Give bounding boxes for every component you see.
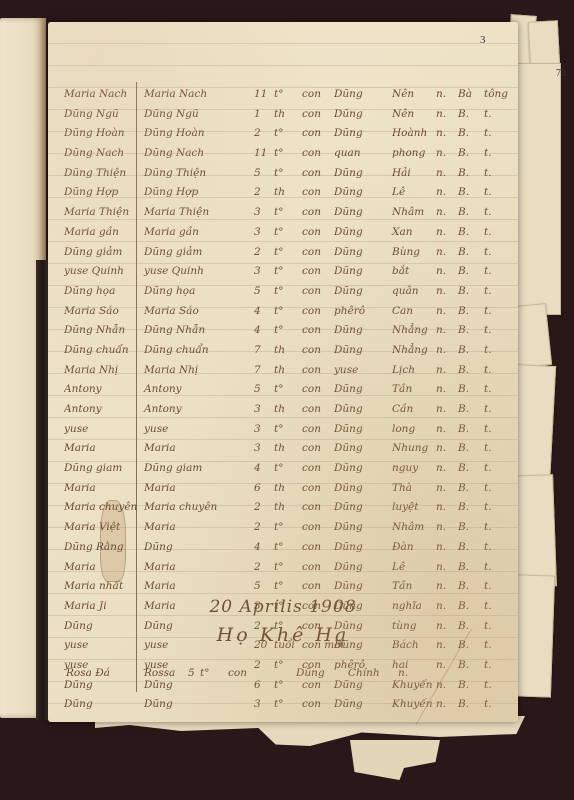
entry-relation: con [302, 383, 321, 395]
entry-parent-title: Dũng [334, 521, 363, 533]
margin-name: Dũng giam [64, 462, 150, 474]
entry-parent-title: Dũng [334, 580, 363, 592]
entry-relation: con [302, 324, 321, 336]
entry-parent-name: Nhâm [392, 521, 424, 533]
entry-parent-title: Dũng [334, 501, 363, 513]
entry-parent-name: Lê [392, 186, 405, 198]
ledger-row: Maria NhịMaria Nhị7thconyuseLịchn.B.t. [64, 362, 514, 382]
entry-age: 3 [254, 423, 261, 435]
torn-page-flap [350, 740, 440, 780]
ledger-row: yuseyuse3t°conDũnglongn.B.t. [64, 421, 514, 441]
entry-relation: con [302, 561, 321, 573]
ledger-row: Maria nhấtMaria5t°conDũngTầnn.B.t. [64, 578, 514, 598]
entry-baptized: B. [458, 147, 469, 159]
entry-status: t. [484, 561, 492, 573]
entry-age: 5 [254, 167, 261, 179]
entry-sex: n. [436, 423, 446, 435]
entry-unit: th [274, 344, 285, 356]
entry-name: Maria [144, 561, 176, 573]
entry-parent-title: Dũng [334, 482, 363, 494]
entry-status: t. [484, 364, 492, 376]
entry-parent-name: quân [392, 285, 419, 297]
entry-parent-title: Dũng [334, 206, 363, 218]
entry-baptized: B. [458, 324, 469, 336]
entry-unit: t° [274, 206, 283, 218]
entry-parent-title: phêrô [334, 305, 365, 317]
entry-sex: n. [436, 88, 446, 100]
entry-baptized: B. [458, 541, 469, 553]
entry-parent-name: Nhẳng [392, 344, 428, 356]
entry-sex: n. [436, 246, 446, 258]
entry-unit: t° [274, 698, 283, 710]
entry-age: 3 [254, 442, 261, 454]
entry-parent-title: Dũng [334, 186, 363, 198]
entry-baptized: B. [458, 305, 469, 317]
facing-page-number: 73 [556, 68, 566, 79]
entry-baptized: B. [458, 403, 469, 415]
entry-parent-name: phong [392, 147, 425, 159]
entry-parent-name: Lê [392, 561, 405, 573]
ledger-row: Maria ViệtMaria2t°conDũngNhâmn.B.t. [64, 519, 514, 539]
entry-name: Maria gần [144, 226, 199, 238]
entry-parent-name: Can [392, 305, 413, 317]
entry-status: t. [484, 206, 492, 218]
entry-parent-title: Dũng [334, 462, 363, 474]
entry-baptized: B. [458, 127, 469, 139]
entry-baptized: B. [458, 265, 469, 277]
entry-name: Dũng chuẩn [144, 344, 209, 356]
entry-parent-title: Dũng [334, 561, 363, 573]
entry-baptized: B. [458, 423, 469, 435]
entry-status: t. [484, 265, 492, 277]
entry-name: Maria Nach [144, 88, 207, 100]
entry-name: Maria [144, 521, 176, 533]
entry-name: Maria Sáo [144, 305, 199, 317]
entry-name: Maria [144, 442, 176, 454]
entry-baptized: B. [458, 206, 469, 218]
entry-status: t. [484, 147, 492, 159]
entry-age: 2 [254, 246, 261, 258]
entry-parent-title: Dũng [334, 698, 363, 710]
entry-parent-name: Nhung [392, 442, 428, 454]
entry-name: Dũng Nach [144, 147, 204, 159]
entry-status: t. [484, 698, 492, 710]
entry-status: t. [484, 462, 492, 474]
entry-name: Rossa [144, 667, 175, 679]
entry-date: 20 Aprilis 1908 [48, 597, 518, 617]
margin-name: yuse Quinh [64, 265, 150, 277]
entry-baptized: B. [458, 462, 469, 474]
entry-status: t. [484, 423, 492, 435]
entry-parent-name: Thà [392, 482, 412, 494]
entry-age: 3 [254, 265, 261, 277]
entry-parent-name: Chính [348, 667, 380, 679]
entry-sex: n. [436, 344, 446, 356]
entry-baptized: B. [458, 383, 469, 395]
entry-parent-title: Dũng [334, 167, 363, 179]
ledger-row: Maria NachMaria Nach11t°conDũngNênn.Bàtô… [64, 86, 514, 106]
entry-parent-name: Nhâm [392, 206, 424, 218]
entry-sex: n. [436, 521, 446, 533]
entry-unit: t° [274, 521, 283, 533]
entry-sex: n. [436, 403, 446, 415]
entry-parent-title: Dũng [334, 383, 363, 395]
entry-relation: con [302, 127, 321, 139]
margin-name: Dũng chuẩn [64, 344, 150, 356]
entry-status: t. [484, 482, 492, 494]
entry-parent-name: Cần [392, 403, 413, 415]
entry-age: 5 [254, 285, 261, 297]
entry-parent-name: luyệt [392, 501, 419, 513]
margin-name: Maria Nhị [64, 364, 150, 376]
entry-name: yuse [144, 423, 168, 435]
margin-name: Maria nhất [64, 580, 150, 592]
entry-parent-title: Dũng [334, 344, 363, 356]
entry-baptized: B. [458, 285, 469, 297]
entry-parent-title: Dũng [334, 127, 363, 139]
margin-name: Dũng [64, 698, 150, 710]
margin-name: Maria [64, 561, 150, 573]
entry-parent-name: Tần [392, 383, 412, 395]
margin-name: Rosa Đá [66, 667, 110, 679]
entry-age: 2 [254, 127, 261, 139]
entry-parent-title: Dũng [334, 403, 363, 415]
entry-age: 4 [254, 305, 261, 317]
entry-age: 3 [254, 206, 261, 218]
ledger-row: Maria SáoMaria Sáo4t°conphêrôCann.B.t. [64, 303, 514, 323]
entry-relation: con [302, 501, 321, 513]
entry-name: Maria Nhị [144, 364, 198, 376]
margin-name: Maria chuyên [64, 501, 150, 513]
ledger-row: Dũng họaDũng họa5t°conDũngquânn.B.t. [64, 283, 514, 303]
entry-relation: con [302, 423, 321, 435]
entry-parent-name: Khuyến [392, 698, 433, 710]
margin-name: Dũng Nach [64, 147, 150, 159]
entry-baptized: B. [458, 501, 469, 513]
entry-unit: t° [274, 305, 283, 317]
entry-status: t. [484, 167, 492, 179]
entry-parent-name: Lịch [392, 364, 415, 376]
margin-name: Dũng Rằng [64, 541, 150, 553]
margin-name: Maria Nach [64, 88, 150, 100]
entry-status: t. [484, 344, 492, 356]
entry-sex: n. [436, 167, 446, 179]
entry-name: Maria Thiện [144, 206, 209, 218]
entry-sex: n. [436, 147, 446, 159]
entry-relation: con [302, 265, 321, 277]
entry-sex: n. [436, 364, 446, 376]
entry-relation: con [302, 698, 321, 710]
entry-sex: n. [436, 462, 446, 474]
entry-relation: con [302, 226, 321, 238]
entry-name: Dũng giảm [144, 246, 202, 258]
entry-age: 4 [254, 462, 261, 474]
entry-name: Antony [144, 383, 182, 395]
entry-parent-title: Dũng [334, 265, 363, 277]
entry-baptized: B. [458, 482, 469, 494]
ledger-row: Dũng NgũDũng Ngũ1thconDũngNênn.B.t. [64, 106, 514, 126]
margin-name: Maria Việt [64, 521, 150, 533]
entry-parent-name: Xan [392, 226, 413, 238]
entry-name: Dũng họa [144, 285, 195, 297]
entry-name: Dũng [144, 698, 173, 710]
entry-baptized: B. [458, 167, 469, 179]
entry-unit: t° [274, 127, 283, 139]
entry-parent-title: Dũng [334, 285, 363, 297]
entry-baptized: B. [458, 108, 469, 120]
entry-parent-title: Dũng [296, 667, 325, 679]
ledger-row: MariaMaria3thconDũngNhungn.B.t. [64, 440, 514, 460]
entry-parent-name: bắt [392, 265, 409, 277]
entry-status: t. [484, 324, 492, 336]
entry-age: 5 [254, 580, 261, 592]
margin-name: Dũng Nhẫn [64, 324, 150, 336]
entry-name: Maria chuyên [144, 501, 217, 513]
entry-unit: t° [200, 667, 209, 679]
entry-status: t. [484, 541, 492, 553]
entry-parent-name: Nhẳng [392, 324, 428, 336]
entry-name: Dũng Ngũ [144, 108, 199, 120]
entry-unit: t° [274, 88, 283, 100]
entry-age: 11 [254, 88, 267, 100]
entry-baptized: B. [458, 344, 469, 356]
entry-unit: t° [274, 383, 283, 395]
ledger-row: Dũng RằngDũng4t°conDũngĐànn.B.t. [64, 539, 514, 559]
entry-relation: con [302, 285, 321, 297]
ledger-row: Maria chuyênMaria chuyên2thconDũngluyệtn… [64, 499, 514, 519]
margin-name: Dũng Ngũ [64, 108, 150, 120]
entry-age: 1 [254, 108, 261, 120]
margin-name: Dũng Thiện [64, 167, 150, 179]
entry-age: 2 [254, 521, 261, 533]
entry-relation: con [302, 246, 321, 258]
ledger-row: MariaMaria2t°conDũngLên.B.t. [64, 559, 514, 579]
margin-name: yuse [64, 423, 150, 435]
entry-name: Dũng Hợp [144, 186, 198, 198]
entry-parent-title: Dũng [334, 541, 363, 553]
entry-sex: n. [436, 501, 446, 513]
register-page: 3 Maria NachMaria Nach11t°conDũngNênn.Bà… [48, 22, 518, 722]
entry-status: t. [484, 521, 492, 533]
entry-sex: n. [436, 226, 446, 238]
entry-status: tông [484, 88, 508, 100]
entry-status: t. [484, 226, 492, 238]
entry-name: yuse Quinh [144, 265, 204, 277]
entry-relation: con [302, 580, 321, 592]
entry-age: 5 [254, 383, 261, 395]
ledger-row-last: Rosa Đá Rossa 5 t° con Dũng Chính n. [48, 665, 518, 687]
ledger-row: Maria gầnMaria gần3t°conDũngXann.B.t. [64, 224, 514, 244]
entry-sex: n. [436, 186, 446, 198]
ledger-row: Dũng giamDũng giam4t°conDũngnguyn.B.t. [64, 460, 514, 480]
entry-baptized: B. [458, 561, 469, 573]
ledger-row: Maria ThiệnMaria Thiện3t°conDũngNhâmn.B.… [64, 204, 514, 224]
entry-status: t. [484, 383, 492, 395]
entry-sex: n. [436, 698, 446, 710]
entry-status: t. [484, 501, 492, 513]
entry-sex: n. [436, 383, 446, 395]
entry-parent-title: Dũng [334, 324, 363, 336]
entry-baptized: B. [458, 580, 469, 592]
margin-name: Dũng Hợp [64, 186, 150, 198]
entry-relation: con [302, 364, 321, 376]
entry-age: 11 [254, 147, 267, 159]
entry-sex: n. [436, 127, 446, 139]
entry-parent-title: quan [334, 147, 361, 159]
entry-sex: n. [436, 482, 446, 494]
register-ledger: Maria NachMaria Nach11t°conDũngNênn.Bàtô… [64, 86, 514, 716]
entry-name: Maria [144, 482, 176, 494]
entry-name: Dũng Nhẫn [144, 324, 205, 336]
entry-status: t. [484, 127, 492, 139]
entry-sex: n. [436, 580, 446, 592]
entry-parent-title: yuse [334, 364, 358, 376]
entry-relation: con [302, 206, 321, 218]
entry-unit: t° [274, 285, 283, 297]
entry-parent-name: long [392, 423, 415, 435]
entry-unit: t° [274, 541, 283, 553]
entry-unit: th [274, 442, 285, 454]
entry-name: Dũng giam [144, 462, 202, 474]
entry-unit: th [274, 364, 285, 376]
entry-sex: n. [436, 561, 446, 573]
entry-name: Dũng [144, 541, 173, 553]
entry-parent-name: nguy [392, 462, 418, 474]
entry-relation: con [302, 167, 321, 179]
entry-unit: t° [274, 167, 283, 179]
entry-unit: th [274, 501, 285, 513]
entry-sex: n. [436, 324, 446, 336]
entry-parent-title: Dũng [334, 442, 363, 454]
entry-sex: n. [436, 541, 446, 553]
entry-unit: t° [274, 324, 283, 336]
entry-parent-title: Dũng [334, 108, 363, 120]
entry-baptized: Bà [458, 88, 472, 100]
entry-sex: n. [436, 285, 446, 297]
entry-sex: n. [436, 442, 446, 454]
entry-baptized: B. [458, 698, 469, 710]
entry-status: t. [484, 108, 492, 120]
entry-age: 7 [254, 344, 261, 356]
entry-relation: con [302, 108, 321, 120]
entry-relation: con [302, 521, 321, 533]
ledger-row: MariaMaria6thconDũngThàn.B.t. [64, 480, 514, 500]
entry-parent-name: Hải [392, 167, 411, 179]
entry-sex: n. [436, 305, 446, 317]
margin-name: Maria Sáo [64, 305, 150, 317]
entry-age: 3 [254, 403, 261, 415]
entry-unit: th [274, 482, 285, 494]
entry-relation: con [302, 344, 321, 356]
ledger-row: AntonyAntony3thconDũngCầnn.B.t. [64, 401, 514, 421]
entry-sex: n. [436, 265, 446, 277]
entry-age: 4 [254, 541, 261, 553]
entry-baptized: B. [458, 226, 469, 238]
entry-age: 3 [254, 226, 261, 238]
entry-parent-name: Tần [392, 580, 412, 592]
parish-heading: Họ Khê Hạ [48, 624, 518, 646]
ledger-row: AntonyAntony5t°conDũngTầnn.B.t. [64, 381, 514, 401]
entry-status: t. [484, 305, 492, 317]
entry-status: t. [484, 246, 492, 258]
entry-relation: con [302, 147, 321, 159]
entry-unit: t° [274, 580, 283, 592]
entry-age: 2 [254, 561, 261, 573]
ledger-row: Dũng NachDũng Nach11t°conquanphongn.B.t. [64, 145, 514, 165]
entry-relation: con [302, 88, 321, 100]
entry-baptized: B. [458, 364, 469, 376]
entry-relation: con [302, 482, 321, 494]
entry-status: t. [484, 403, 492, 415]
ledger-row: yuse Quinhyuse Quinh3t°conDũngbắtn.B.t. [64, 263, 514, 283]
margin-name: Dũng giảm [64, 246, 150, 258]
entry-baptized: B. [458, 442, 469, 454]
entry-parent-name: Nên [392, 108, 414, 120]
ledger-row: Dũng ThiệnDũng Thiện5t°conDũngHảin.B.t. [64, 165, 514, 185]
entry-name: Dũng Hoàn [144, 127, 205, 139]
margin-name: Maria Thiện [64, 206, 150, 218]
entry-baptized: B. [458, 521, 469, 533]
margin-name: Dũng Hoàn [64, 127, 150, 139]
ledger-row: Dũng HoànDũng Hoàn2t°conDũngHoànhn.B.t. [64, 125, 514, 145]
entry-parent-title: Dũng [334, 246, 363, 258]
entry-unit: t° [274, 265, 283, 277]
entry-unit: t° [274, 246, 283, 258]
entry-age: 7 [254, 364, 261, 376]
entry-parent-title: Dũng [334, 226, 363, 238]
margin-name: Dũng họa [64, 285, 150, 297]
margin-name: Maria gần [64, 226, 150, 238]
entry-name: Dũng Thiện [144, 167, 206, 179]
entry-parent-name: Nên [392, 88, 414, 100]
margin-name: Antony [64, 383, 150, 395]
entry-relation: con [302, 541, 321, 553]
entry-sex: n. [436, 206, 446, 218]
entry-relation: con [302, 305, 321, 317]
entry-parent-title: Dũng [334, 423, 363, 435]
entry-sex: n. [398, 667, 408, 679]
entry-status: t. [484, 285, 492, 297]
ledger-row: Dũng giảmDũng giảm2t°conDũngBùngn.B.t. [64, 244, 514, 264]
entry-unit: t° [274, 462, 283, 474]
entry-parent-name: Đàn [392, 541, 414, 553]
entry-relation: con [302, 462, 321, 474]
entry-status: t. [484, 186, 492, 198]
entry-parent-name: Hoành [392, 127, 427, 139]
ledger-row: Dũng NhẫnDũng Nhẫn4t°conDũngNhẳngn.B.t. [64, 322, 514, 342]
ledger-row: Dũng chuẩnDũng chuẩn7thconDũngNhẳngn.B.t… [64, 342, 514, 362]
margin-name: Antony [64, 403, 150, 415]
page-number: 3 [480, 34, 486, 46]
entry-relation: con [302, 186, 321, 198]
entry-unit: th [274, 186, 285, 198]
entry-age: 6 [254, 482, 261, 494]
entry-status: t. [484, 442, 492, 454]
entry-unit: th [274, 403, 285, 415]
entry-baptized: B. [458, 246, 469, 258]
entry-unit: t° [274, 226, 283, 238]
entry-unit: t° [274, 147, 283, 159]
entry-age: 4 [254, 324, 261, 336]
margin-name: Maria [64, 482, 150, 494]
entry-relation: con [302, 403, 321, 415]
entry-relation: con [228, 667, 247, 679]
entry-sex: n. [436, 108, 446, 120]
entry-status: t. [484, 580, 492, 592]
entry-age: 2 [254, 501, 261, 513]
entry-parent-title: Dũng [334, 88, 363, 100]
entry-baptized: B. [458, 186, 469, 198]
